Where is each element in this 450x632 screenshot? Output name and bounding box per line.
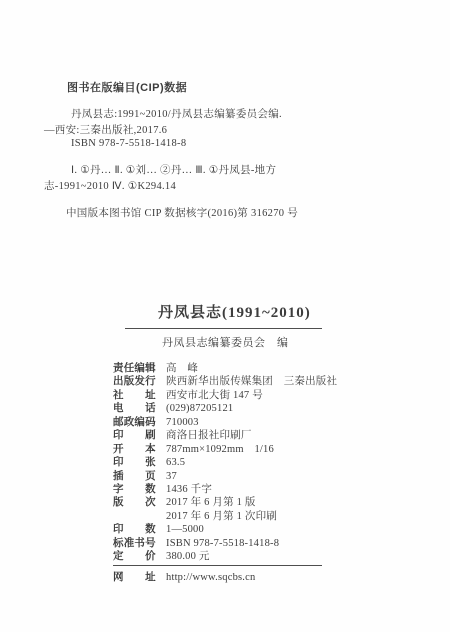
colophon-divider (113, 565, 322, 566)
colophon-row-sheets: 印 张63.5 (113, 456, 337, 469)
colophon-table: 责任编辑高 峰 出版发行陕西新华出版传媒集团 三秦出版社 社 址西安市北大街 1… (113, 362, 337, 564)
cip-entry-line1: 丹凤县志:1991~2010/丹凤县志编纂委员会编. (71, 106, 282, 121)
colophon-row-editor: 责任编辑高 峰 (113, 362, 337, 375)
colophon-row-isbn: 标准书号ISBN 978-7-5518-1418-8 (113, 537, 337, 550)
colophon-row-format: 开 本787mm×1092mm 1/16 (113, 443, 337, 456)
colophon-row-address: 社 址西安市北大街 147 号 (113, 389, 337, 402)
colophon-value: 陕西新华出版传媒集团 三秦出版社 (166, 376, 337, 387)
colophon-value: (029)87205121 (166, 403, 233, 414)
colophon-row-printrun: 印 数1—5000 (113, 523, 337, 536)
colophon-value: 37 (166, 471, 177, 482)
colophon-label: 印 刷 (113, 429, 166, 442)
website-url: http://www.sqcbs.cn (166, 572, 255, 583)
colophon-row-printer: 印 刷商洛日报社印刷厂 (113, 429, 337, 442)
cip-classification-line2: 志-1991~2010 Ⅳ. ①K294.14 (44, 178, 176, 193)
colophon-label: 版 次 (113, 496, 166, 509)
colophon-label: 网 址 (113, 571, 166, 584)
copyright-page: 图书在版编目(CIP)数据 丹凤县志:1991~2010/丹凤县志编纂委员会编.… (0, 0, 450, 632)
colophon-value: 787mm×1092mm 1/16 (166, 444, 274, 455)
editor-credit: 丹凤县志编纂委员会 编 (162, 334, 289, 350)
colophon-value: 380.00 元 (166, 551, 210, 562)
cip-classification-line1: Ⅰ. ①丹… Ⅱ. ①刘… ②丹… Ⅲ. ①丹凤县-地方 (71, 162, 276, 177)
colophon-value: 高 峰 (166, 363, 198, 374)
colophon-row-edition: 版 次2017 年 6 月第 1 版 (113, 496, 337, 509)
colophon-row-website: 网 址http://www.sqcbs.cn (113, 571, 255, 584)
colophon-label: 插 页 (113, 470, 166, 483)
title-underline (125, 328, 322, 329)
colophon-value: 西安市北大街 147 号 (166, 390, 263, 401)
colophon-label: 邮政编码 (113, 416, 166, 429)
colophon-value: 1—5000 (166, 524, 204, 535)
colophon-label: 标准书号 (113, 537, 166, 550)
colophon-label: 印 张 (113, 456, 166, 469)
cip-entry-line2: —西安:三秦出版社,2017.6 (44, 122, 167, 137)
cip-isbn-line: ISBN 978-7-5518-1418-8 (71, 138, 186, 149)
colophon-value: ISBN 978-7-5518-1418-8 (166, 538, 279, 549)
colophon-row-printing: 2017 年 6 月第 1 次印刷 (113, 510, 337, 523)
cip-heading: 图书在版编目(CIP)数据 (67, 79, 187, 95)
colophon-label: 开 本 (113, 443, 166, 456)
cip-registry-line: 中国版本图书馆 CIP 数据核字(2016)第 316270 号 (66, 205, 298, 220)
colophon-label: 出版发行 (113, 375, 166, 388)
colophon-row-phone: 电 话(029)87205121 (113, 402, 337, 415)
colophon-value: 2017 年 6 月第 1 次印刷 (166, 511, 277, 522)
colophon-row-inserts: 插 页37 (113, 470, 337, 483)
colophon-label: 字 数 (113, 483, 166, 496)
colophon-value: 1436 千字 (166, 484, 212, 495)
colophon-label: 电 话 (113, 402, 166, 415)
colophon-label: 定 价 (113, 550, 166, 563)
book-title: 丹凤县志(1991~2010) (158, 301, 311, 322)
colophon-label: 社 址 (113, 389, 166, 402)
colophon-value: 2017 年 6 月第 1 版 (166, 497, 256, 508)
colophon-label: 印 数 (113, 523, 166, 536)
colophon-value: 63.5 (166, 457, 185, 468)
colophon-row-price: 定 价380.00 元 (113, 550, 337, 563)
colophon-label: 责任编辑 (113, 362, 166, 375)
colophon-row-publisher: 出版发行陕西新华出版传媒集团 三秦出版社 (113, 375, 337, 388)
colophon-value: 710003 (166, 417, 199, 428)
colophon-row-postcode: 邮政编码710003 (113, 416, 337, 429)
colophon-value: 商洛日报社印刷厂 (166, 430, 252, 441)
colophon-row-wordcount: 字 数1436 千字 (113, 483, 337, 496)
